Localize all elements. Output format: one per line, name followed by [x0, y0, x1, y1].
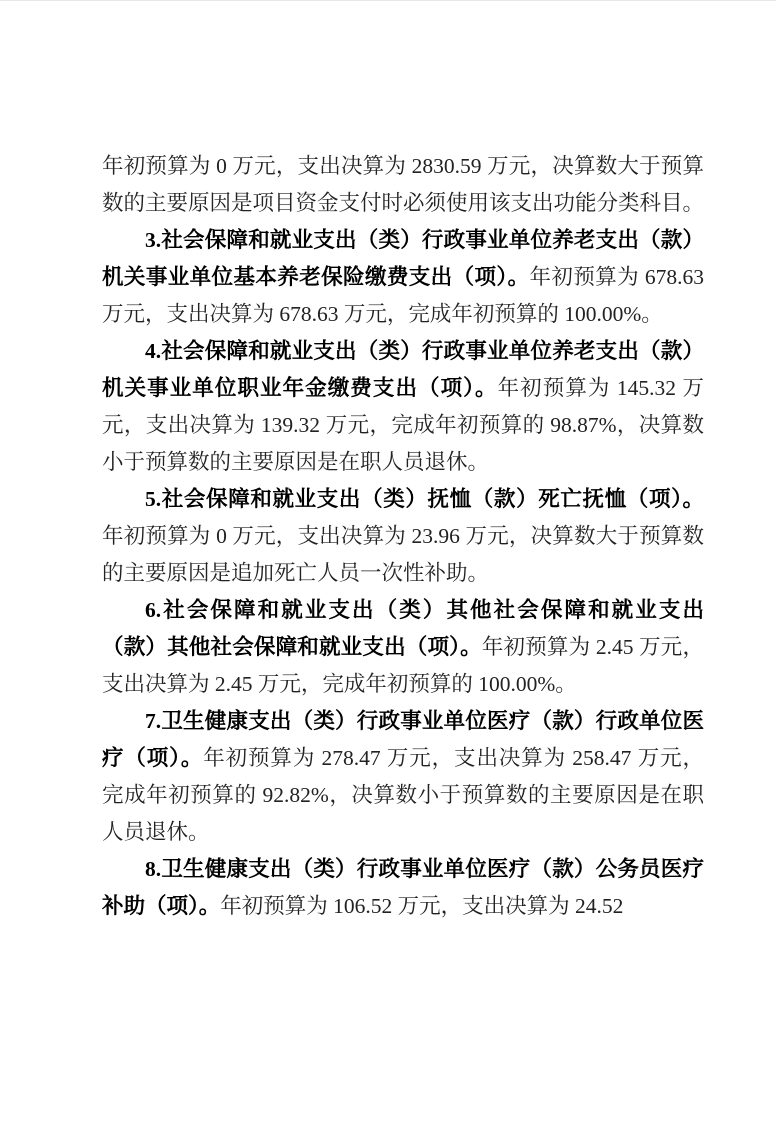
document-page: 年初预算为 0 万元，支出决算为 2830.59 万元，决算数大于预算数的主要原… — [0, 0, 776, 1122]
paragraph-continuation: 年初预算为 0 万元，支出决算为 2830.59 万元，决算数大于预算数的主要原… — [102, 148, 704, 222]
paragraph-heading: 5.社会保障和就业支出（类）抚恤（款）死亡抚恤（项）。 — [145, 487, 704, 511]
paragraph-text: 年初预算为 0 万元，支出决算为 23.96 万元，决算数大于预算数的主要原因是… — [102, 524, 704, 585]
paragraph-item-3: 3.社会保障和就业支出（类）行政事业单位养老支出（款）机关事业单位基本养老保险缴… — [102, 222, 704, 333]
document-body: 年初预算为 0 万元，支出决算为 2830.59 万元，决算数大于预算数的主要原… — [102, 148, 704, 925]
paragraph-text: 年初预算为 0 万元，支出决算为 2830.59 万元，决算数大于预算数的主要原… — [102, 154, 704, 215]
paragraph-item-7: 7.卫生健康支出（类）行政事业单位医疗（款）行政单位医疗（项）。年初预算为 27… — [102, 703, 704, 851]
paragraph-item-4: 4.社会保障和就业支出（类）行政事业单位养老支出（款）机关事业单位职业年金缴费支… — [102, 333, 704, 481]
page-top-edge — [0, 0, 776, 1]
paragraph-item-6: 6.社会保障和就业支出（类）其他社会保障和就业支出（款）其他社会保障和就业支出（… — [102, 592, 704, 703]
paragraph-text: 年初预算为 106.52 万元，支出决算为 24.52 — [220, 894, 623, 918]
paragraph-item-5: 5.社会保障和就业支出（类）抚恤（款）死亡抚恤（项）。年初预算为 0 万元，支出… — [102, 481, 704, 592]
paragraph-item-8: 8.卫生健康支出（类）行政事业单位医疗（款）公务员医疗补助（项）。年初预算为 1… — [102, 851, 704, 925]
